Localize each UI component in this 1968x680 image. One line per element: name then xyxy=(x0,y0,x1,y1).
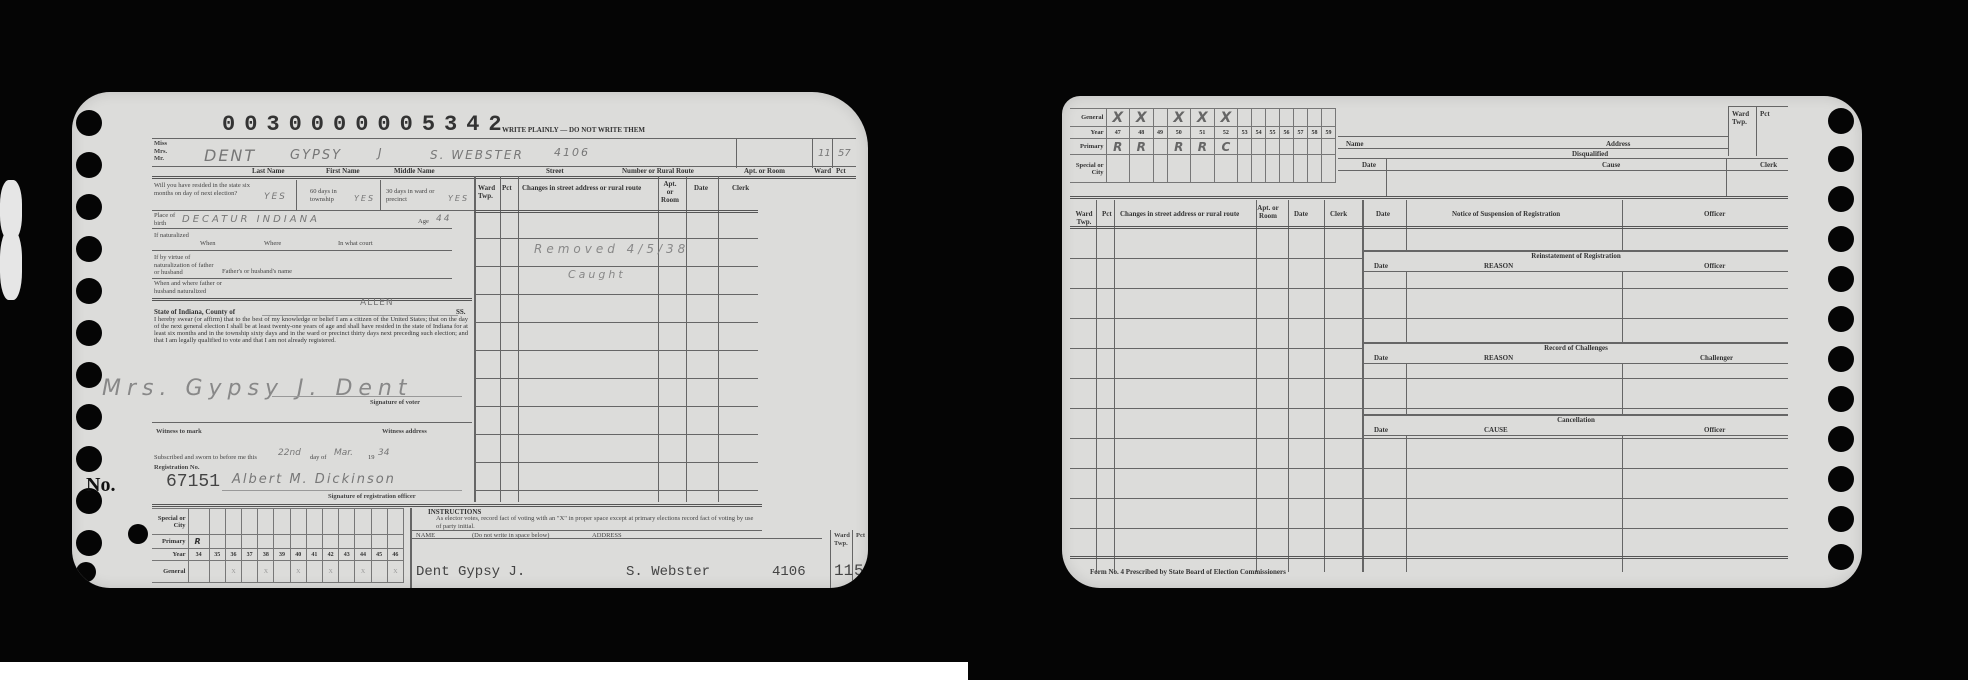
divider xyxy=(1726,158,1727,196)
pct-col-label: Pct xyxy=(856,532,865,540)
label-street: Street xyxy=(546,167,564,175)
ward-twp-label: Ward Twp. xyxy=(1732,110,1752,126)
punch-hole xyxy=(1828,466,1854,492)
divider xyxy=(152,138,856,139)
divider xyxy=(412,530,762,531)
reinstatement-block: Reinstatement of Registration Date REASO… xyxy=(1364,250,1788,272)
divider xyxy=(1386,158,1387,196)
divider xyxy=(222,490,462,491)
name-label: Name xyxy=(1346,140,1364,148)
reinstatement-officer-header: Officer xyxy=(1704,262,1725,270)
cancellation-officer-header: Officer xyxy=(1704,426,1725,434)
punch-hole xyxy=(76,152,102,178)
divider xyxy=(152,176,856,179)
age-label: Age xyxy=(418,218,429,226)
street-value: S. WEBSTER xyxy=(430,148,524,162)
ss-label: SS. xyxy=(456,308,466,316)
state-county-label: State of Indiana, County of xyxy=(154,308,235,316)
punch-hole xyxy=(1828,146,1854,172)
first-name-value: GYPSY xyxy=(290,148,342,163)
naturalized-label: If naturalized xyxy=(154,232,194,240)
divider xyxy=(474,490,758,491)
punch-hole xyxy=(128,524,148,544)
divider xyxy=(474,322,758,323)
challenges-challenger-header: Challenger xyxy=(1700,354,1733,362)
punch-hole xyxy=(76,530,102,556)
cancellation-date-header: Date xyxy=(1374,426,1388,434)
middle-name-value: J xyxy=(378,146,384,160)
divider xyxy=(152,422,472,423)
divider xyxy=(1070,378,1788,379)
challenges-reason-header: REASON xyxy=(1484,354,1513,362)
divider xyxy=(1324,200,1325,572)
punch-hole xyxy=(76,278,102,304)
divider xyxy=(474,266,758,267)
sworn-month: Mar. xyxy=(334,448,353,458)
typed-name: Dent Gypsy J. xyxy=(416,564,525,580)
label-apt: Apt. or Room xyxy=(744,167,785,175)
typed-pct: 57 xyxy=(854,562,868,580)
instructions-text: As elector votes, record fact of voting … xyxy=(436,515,756,530)
suspension-date-header: Date xyxy=(1376,210,1390,218)
a-ward: YES xyxy=(448,194,469,203)
divider xyxy=(736,138,737,168)
divider xyxy=(1756,106,1757,156)
divider xyxy=(1070,468,1788,469)
divider xyxy=(1070,556,1788,559)
address-label: Address xyxy=(1606,140,1630,148)
label-first-name: First Name xyxy=(326,167,360,175)
divider xyxy=(1070,528,1788,529)
challenges-title: Record of Challenges xyxy=(1364,344,1788,352)
divider xyxy=(474,350,758,351)
row-label-special: Special or City xyxy=(1070,155,1106,183)
row-label-year: Year xyxy=(152,549,188,561)
label-number: Number or Rural Route xyxy=(622,167,694,175)
punch-hole xyxy=(1828,108,1854,134)
q-state-residence: Will you have resided in the state six m… xyxy=(154,182,262,197)
registration-card-back: General X X X X X Year 47 48 49 50 51 52… xyxy=(1062,96,1862,588)
serial-number: 0030000005342 xyxy=(222,112,511,137)
cancellation-title: Cancellation xyxy=(1364,416,1788,424)
q-township: 60 days in township xyxy=(310,188,356,203)
ward-value: 11 xyxy=(818,148,831,159)
divider xyxy=(1096,200,1097,572)
divider xyxy=(152,504,762,507)
divider xyxy=(1728,106,1788,107)
county-value: ALLEN xyxy=(360,298,394,308)
sworn-day: 22nd xyxy=(278,448,301,458)
last-name-value: DENT xyxy=(204,146,256,165)
challenges-block: Record of Challenges Date REASON Challen… xyxy=(1364,342,1788,364)
col-ward-twp: Ward Twp. xyxy=(478,184,498,200)
col-date: Date xyxy=(1294,210,1308,218)
typed-street: S. Webster xyxy=(626,564,710,580)
voting-record-grid-back: General X X X X X Year 47 48 49 50 51 52… xyxy=(1070,108,1336,183)
col-pct: Pct xyxy=(1102,210,1112,218)
row-label-primary: Primary xyxy=(152,535,188,549)
reinstatement-title: Reinstatement of Registration xyxy=(1364,252,1788,260)
divider xyxy=(474,176,476,502)
col-changes: Changes in street address or rural route xyxy=(522,184,641,192)
divider xyxy=(1338,148,1728,149)
witness-address-label: Witness address xyxy=(382,428,427,436)
row-label-special: Special or City xyxy=(152,509,188,535)
registration-number: 67151 xyxy=(166,472,220,492)
punch-hole xyxy=(76,362,102,388)
punch-hole xyxy=(76,562,96,582)
voter-signature: Mrs. Gypsy J. Dent xyxy=(102,376,413,401)
divider xyxy=(500,176,501,502)
sworn-text: Subscribed and sworn to before me this xyxy=(154,454,257,462)
pct-label: Pct xyxy=(1760,110,1770,118)
row-label-general: General xyxy=(152,561,188,583)
row-label-general: General xyxy=(1070,109,1106,127)
father-husband-name-label: Father's or husband's name xyxy=(222,268,292,276)
divider xyxy=(1070,498,1788,499)
birth-value: DECATUR INDIANA xyxy=(182,214,320,225)
witness-mark-label: Witness to mark xyxy=(156,428,202,436)
naturalized-court: In what court xyxy=(338,240,373,248)
disqualified-label: Disqualified xyxy=(1572,150,1608,158)
challenges-date-header: Date xyxy=(1374,354,1388,362)
ward-twp-col-label: Ward Twp. xyxy=(834,532,850,547)
punch-hole xyxy=(1828,544,1854,570)
punch-hole xyxy=(1828,506,1854,532)
number-value: 4106 xyxy=(554,146,590,159)
punch-hole xyxy=(1828,266,1854,292)
officer-signature: Albert M. Dickinson xyxy=(232,472,396,487)
divider xyxy=(518,176,519,502)
naturalized-when: When xyxy=(200,240,216,248)
change-note-caught: Caught xyxy=(568,268,626,281)
divider xyxy=(152,298,472,301)
divider xyxy=(1070,318,1788,319)
voter-signature-label: Signature of voter xyxy=(370,399,420,407)
year-prefix: 19 xyxy=(368,454,375,462)
col-date: Date xyxy=(694,184,708,192)
father-husband-label: If by virtue of naturalization of father… xyxy=(154,254,216,277)
divider xyxy=(1070,438,1788,439)
divider xyxy=(296,180,297,210)
divider xyxy=(380,180,381,210)
divider xyxy=(1338,170,1788,171)
scan-border xyxy=(0,662,968,680)
suspension-officer-header: Officer xyxy=(1704,210,1725,218)
punch-hole xyxy=(1828,186,1854,212)
suspension-title-header: Notice of Suspension of Registration xyxy=(1452,210,1560,218)
punch-hole xyxy=(76,110,102,136)
scan-artifact xyxy=(0,230,22,300)
divider xyxy=(812,138,813,168)
punch-hole xyxy=(1828,226,1854,252)
cancellation-cause-header: CAUSE xyxy=(1484,426,1508,434)
punch-hole xyxy=(1828,426,1854,452)
registration-card-front: 0030000005342 WRITE PLAINLY — DO NOT WRI… xyxy=(72,92,868,588)
cancellation-block: Cancellation Date CAUSE Officer xyxy=(1364,414,1788,436)
divider xyxy=(830,530,831,588)
title-prefixes: Miss Mrs. Mr. xyxy=(154,140,167,163)
pct-value: 57 xyxy=(838,148,851,159)
divider xyxy=(1070,196,1788,199)
a-township: YES xyxy=(354,194,375,203)
date-label: Date xyxy=(1362,161,1376,169)
row-label-year: Year xyxy=(1070,127,1106,139)
divider xyxy=(152,228,452,229)
label-ward: Ward xyxy=(814,167,831,175)
typed-number: 4106 xyxy=(772,564,806,580)
divider xyxy=(474,210,758,213)
label-middle-name: Middle Name xyxy=(394,167,435,175)
reinstatement-reason-header: REASON xyxy=(1484,262,1513,270)
divider xyxy=(1288,200,1289,572)
q-ward: 30 days in ward or precinct xyxy=(386,188,448,203)
divider xyxy=(686,176,687,502)
divider xyxy=(474,462,758,463)
col-clerk: Clerk xyxy=(1330,210,1347,218)
clerk-label: Clerk xyxy=(1760,161,1777,169)
punch-hole xyxy=(1828,346,1854,372)
punch-hole xyxy=(1828,386,1854,412)
divider xyxy=(474,406,758,407)
divider xyxy=(1338,136,1728,137)
divider xyxy=(1070,408,1788,409)
sworn-year: 34 xyxy=(378,448,389,458)
row-label-primary: Primary xyxy=(1070,139,1106,155)
divider xyxy=(1070,288,1788,289)
divider xyxy=(152,250,452,251)
primary-mark: R xyxy=(188,535,209,549)
change-note-removed: Removed 4/5/38 xyxy=(534,242,689,256)
punch-hole xyxy=(76,404,102,430)
col-ward-twp: Ward Twp. xyxy=(1074,210,1094,226)
punch-hole xyxy=(1828,306,1854,332)
oath-text: I hereby swear (or affirm) that to the b… xyxy=(154,316,468,344)
form-footer: Form No. 4 Prescribed by State Board of … xyxy=(1090,568,1286,576)
age-value: 44 xyxy=(436,214,451,224)
divider xyxy=(272,396,462,397)
divider xyxy=(832,138,833,168)
divider xyxy=(474,434,758,435)
typed-ward: 11 xyxy=(834,562,853,580)
label-pct: Pct xyxy=(836,167,846,175)
divider xyxy=(410,508,412,588)
divider xyxy=(1256,200,1257,572)
divider xyxy=(474,294,758,295)
punch-hole xyxy=(76,320,102,346)
punch-hole xyxy=(76,446,102,472)
header-note: WRITE PLAINLY — DO NOT WRITE THEM xyxy=(502,126,645,134)
divider xyxy=(1070,226,1788,229)
divider xyxy=(474,238,758,239)
day-of-label: day of xyxy=(310,454,326,462)
divider xyxy=(1338,158,1788,159)
naturalized-where: Where xyxy=(264,240,281,248)
voting-record-grid: Special or City Primary R Year 34 35 36 … xyxy=(152,508,404,583)
col-changes: Changes in street address or rural route xyxy=(1120,210,1239,218)
divider xyxy=(1114,200,1115,572)
father-husband-when-where: When and where father or husband natural… xyxy=(154,280,230,295)
punch-hole xyxy=(76,236,102,262)
a-state-residence: YES xyxy=(264,192,287,202)
col-clerk: Clerk xyxy=(732,184,749,192)
divider xyxy=(412,538,822,539)
birth-label: Place of birth xyxy=(154,212,182,227)
cause-label: Cause xyxy=(1602,161,1620,169)
col-pct: Pct xyxy=(502,184,512,192)
divider xyxy=(474,378,758,379)
label-last-name: Last Name xyxy=(252,167,284,175)
divider xyxy=(1728,106,1729,156)
divider xyxy=(658,176,659,502)
col-apt: Apt. or Room xyxy=(660,180,680,204)
punch-hole xyxy=(76,194,102,220)
reg-no-label: Registration No. xyxy=(154,464,200,472)
reg-no-symbol: No. xyxy=(86,474,115,497)
officer-signature-label: Signature of registration officer xyxy=(328,493,416,501)
divider xyxy=(152,278,452,279)
divider xyxy=(718,176,719,502)
col-apt: Apt. or Room xyxy=(1256,204,1280,220)
reinstatement-date-header: Date xyxy=(1374,262,1388,270)
